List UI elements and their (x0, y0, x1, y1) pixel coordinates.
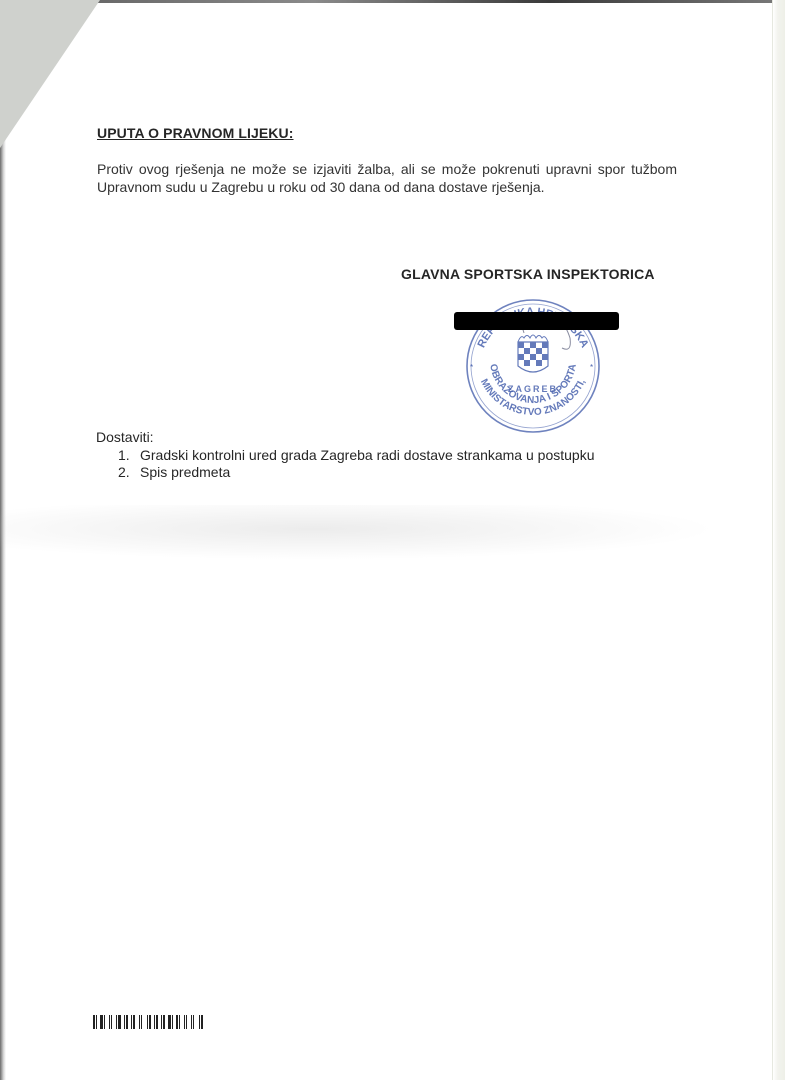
svg-text:ZAGREB: ZAGREB (508, 384, 558, 394)
svg-text:*: * (590, 363, 593, 372)
list-item: 1.Gradski kontrolni ured grada Zagreba r… (118, 447, 594, 464)
signer-title: GLAVNA SPORTSKA INSPEKTORICA (401, 266, 655, 282)
paper-crease (0, 505, 785, 565)
svg-text:*: * (470, 363, 473, 372)
scan-top-edge (0, 0, 785, 3)
legal-remedy-paragraph: Protiv ovog rješenja ne može se izjaviti… (97, 160, 677, 196)
document-page: UPUTA O PRAVNOM LIJEKU: Protiv ovog rješ… (0, 0, 785, 1080)
folded-corner (0, 0, 100, 148)
list-item: 2.Spis predmeta (118, 464, 594, 481)
deliver-label: Dostaviti: (96, 429, 154, 445)
legal-remedy-heading: UPUTA O PRAVNOM LIJEKU: (97, 125, 294, 141)
barcode-icon (93, 1015, 203, 1029)
redacted-signature (454, 312, 619, 330)
deliver-list: 1.Gradski kontrolni ured grada Zagreba r… (118, 447, 594, 481)
